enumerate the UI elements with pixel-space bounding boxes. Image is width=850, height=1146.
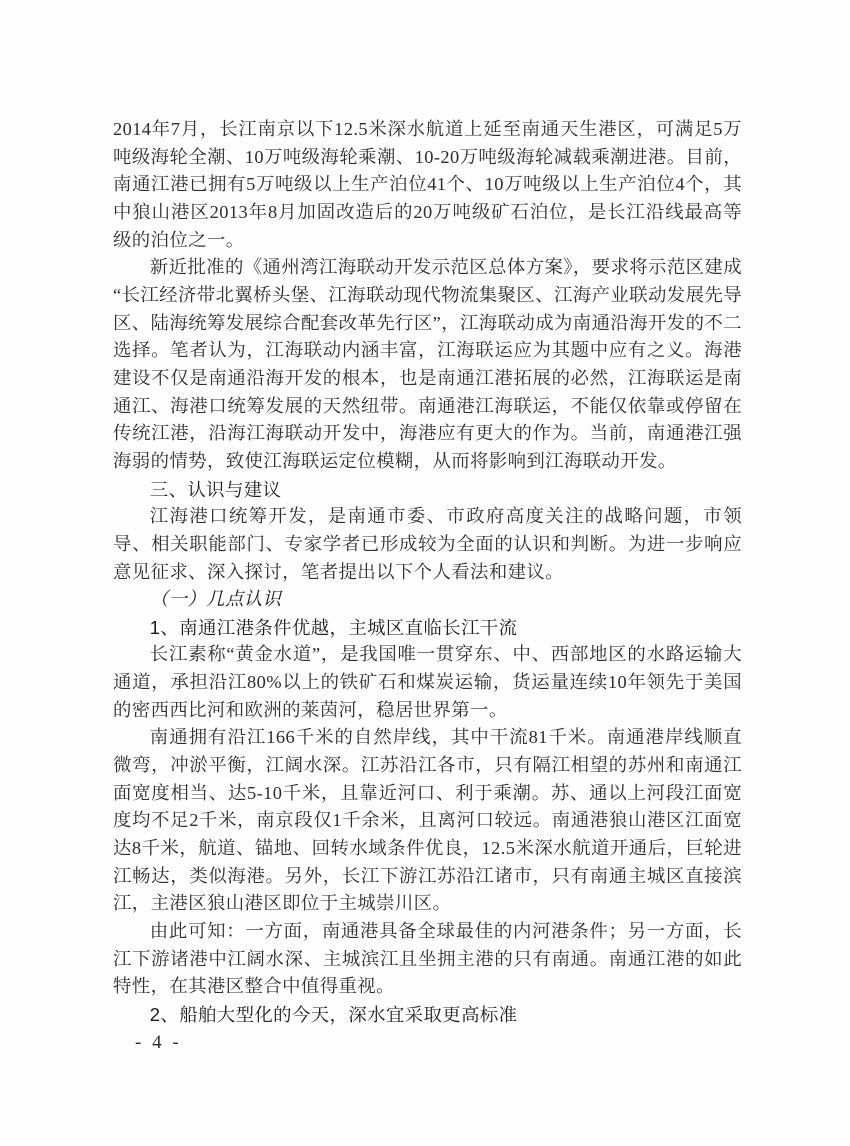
paragraph: 新近批准的《通州湾江海联动开发示范区总体方案》，要求将示范区建成“长江经济带北翼… [113, 254, 742, 475]
paragraph: 长江素称“黄金水道”，是我国唯一贯穿东、中、西部地区的水路运输大通道，承担沿江8… [113, 641, 742, 724]
point-heading-2: 2、船舶大型化的今天，深水宜采取更高标准 [113, 1001, 742, 1029]
paragraph: 江海港口统筹开发，是南通市委、市政府高度关注的战略问题，市领导、相关职能部门、专… [113, 503, 742, 586]
paragraph: 由此可知：一方面，南通港具备全球最佳的内河港条件；另一方面，长江下游诸港中江阔水… [113, 918, 742, 1001]
subsection-heading: （一）几点认识 [113, 586, 742, 614]
document-page: 2014年7月，长江南京以下12.5米深水航道上延至南通天生港区，可满足5万吨级… [0, 0, 850, 1146]
point-heading-1: 1、南通江港条件优越，主城区直临长江干流 [113, 614, 742, 642]
page-number: - 4 - [135, 1031, 182, 1055]
section-heading: 三、认识与建议 [113, 476, 742, 504]
paragraph-continuation: 2014年7月，长江南京以下12.5米深水航道上延至南通天生港区，可满足5万吨级… [113, 116, 742, 254]
text-block: 2014年7月，长江南京以下12.5米深水航道上延至南通天生港区，可满足5万吨级… [113, 116, 742, 1029]
paragraph: 南通拥有沿江166千米的自然岸线，其中干流81千米。南通港岸线顺直微弯，冲淤平衡… [113, 724, 742, 918]
